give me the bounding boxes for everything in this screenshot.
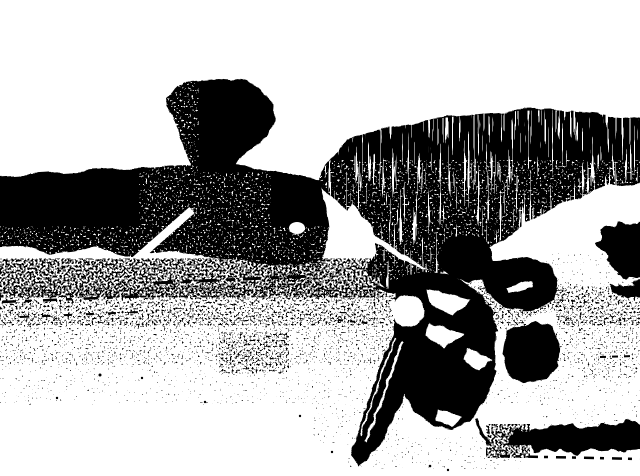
dot — [429, 465, 432, 468]
photo-canvas: High-contrast pure black-and-white photo… — [0, 0, 640, 476]
dot — [204, 401, 206, 403]
dot — [141, 377, 143, 379]
headlight — [392, 295, 424, 327]
dot — [56, 397, 58, 399]
gravel-patch-1 — [225, 336, 283, 370]
dot — [299, 415, 301, 417]
dot — [447, 469, 449, 471]
hoodoo-fray — [152, 84, 194, 164]
shadow-fade — [490, 427, 526, 455]
photo: High-contrast pure black-and-white photo… — [0, 0, 640, 476]
dot — [579, 329, 581, 331]
dot — [99, 374, 102, 377]
stem-fray — [150, 180, 260, 255]
dot — [331, 451, 333, 453]
dot — [619, 319, 621, 321]
